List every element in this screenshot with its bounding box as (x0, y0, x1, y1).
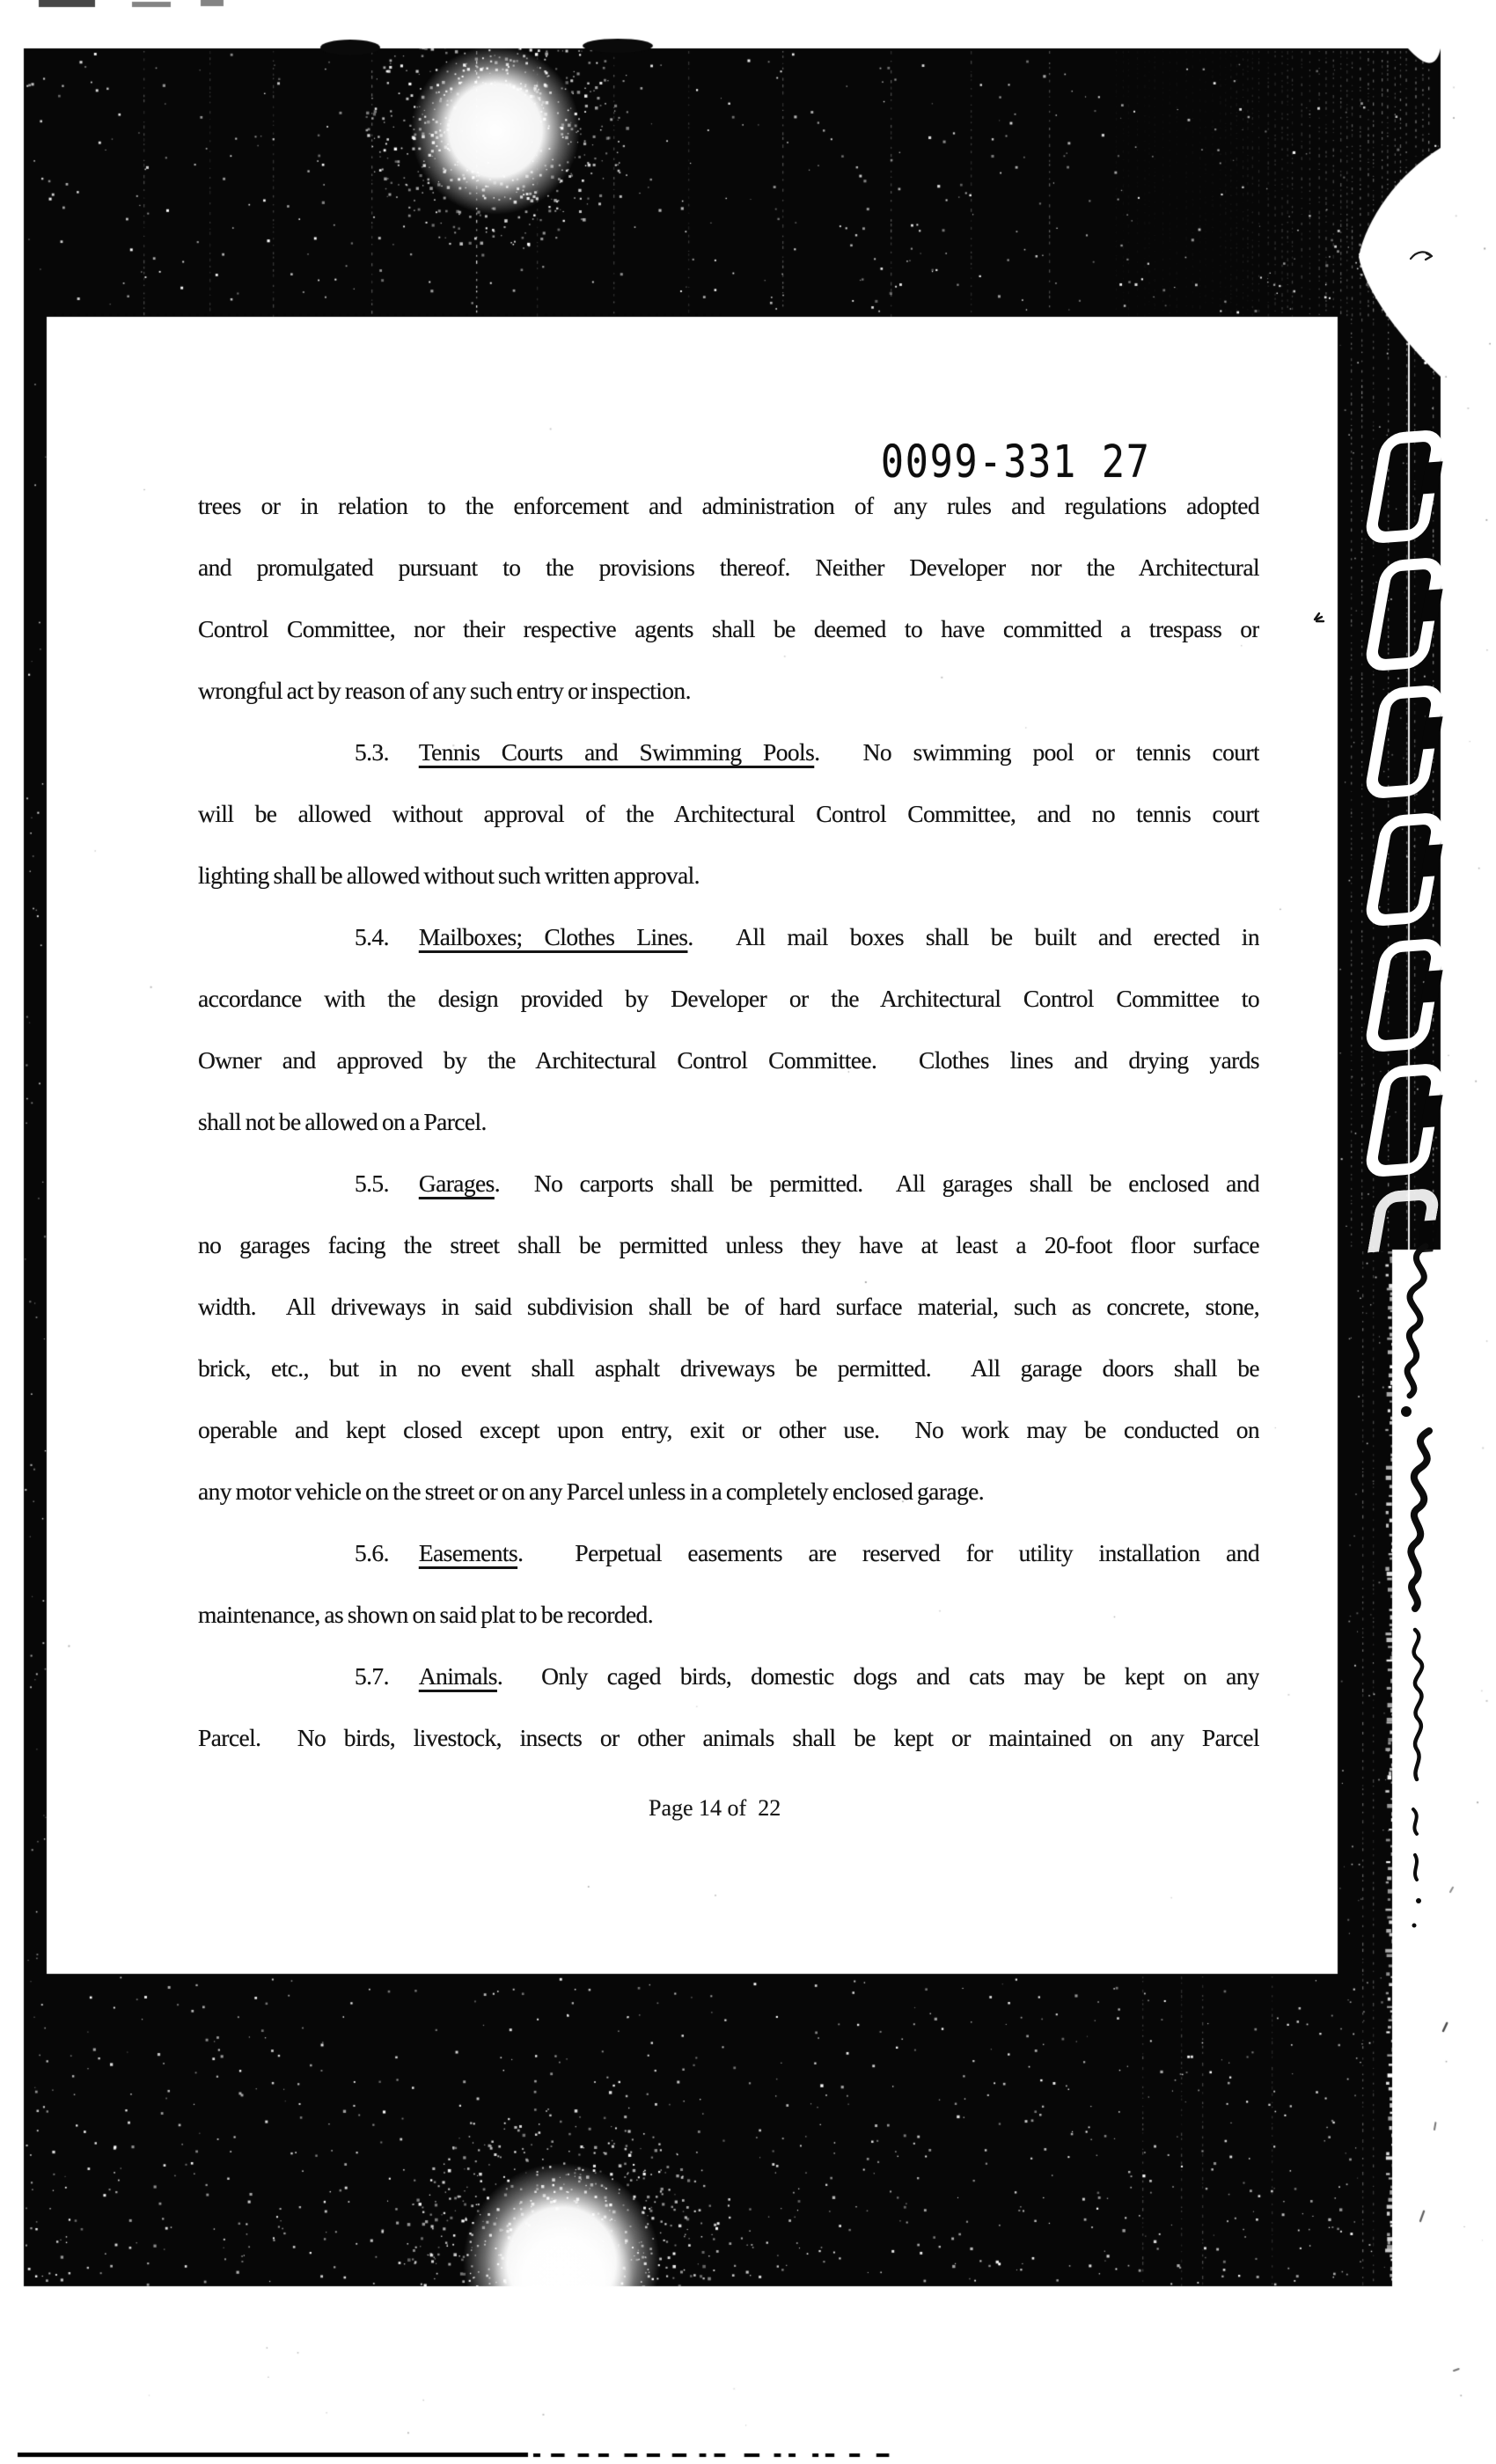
body-line: no garages facing the street shall be pe… (198, 1214, 1259, 1276)
film-edge-punch-mark (1363, 429, 1446, 544)
body-line: Parcel. No birds, livestock, insects or … (198, 1707, 1259, 1769)
section-text: . No carports shall be permitted. All ga… (495, 1170, 1259, 1197)
section-line: 5.5.Garages. No carports shall be permit… (198, 1153, 1259, 1214)
body-line: operable and kept closed except upon ent… (198, 1399, 1259, 1461)
section-number: 5.7. (355, 1662, 389, 1690)
section-line: 5.3.Tennis Courts and Swimming Pools. No… (198, 722, 1259, 783)
body-line: maintenance, as shown on said plat to be… (198, 1584, 1259, 1646)
film-edge-punch-mark (1363, 937, 1446, 1052)
section-line: 5.4.Mailboxes; Clothes Lines. All mail b… (198, 906, 1259, 968)
section-heading: Mailboxes; Clothes Lines (419, 923, 688, 950)
film-edge-punch-mark (1363, 684, 1446, 799)
section-number: 5.6. (355, 1539, 389, 1566)
section-line: 5.7.Animals. Only caged birds, domestic … (198, 1646, 1259, 1707)
section-heading: Garages (419, 1170, 495, 1197)
section-number: 5.4. (355, 923, 389, 950)
section-number: 5.5. (355, 1170, 389, 1197)
section-line: 5.6.Easements. Perpetual easements are r… (198, 1522, 1259, 1584)
film-edge-punch-mark (1363, 556, 1446, 671)
body-line: lighting shall be allowed without such w… (198, 845, 1259, 906)
section-heading: Easements (419, 1539, 517, 1566)
handwriting-marginalia (1387, 1239, 1475, 1943)
document-page: 0099-331 27 trees or in relation to the … (47, 315, 1338, 1974)
film-edge-punch-mark (1363, 1062, 1446, 1177)
body-line: Owner and approved by the Architectural … (198, 1030, 1259, 1091)
section-text: . All mail boxes shall be built and erec… (687, 923, 1259, 950)
body-line: will be allowed without approval of the … (198, 783, 1259, 845)
film-edge-punch-mark (1363, 811, 1446, 927)
body-line: trees or in relation to the enforcement … (198, 475, 1259, 537)
body-line: and promulgated pursuant to the provisio… (198, 537, 1259, 598)
film-edge-strip (1338, 317, 1441, 1250)
section-heading: Tennis Courts and Swimming Pools (419, 738, 814, 766)
body-line: brick, etc., but in no event shall aspha… (198, 1338, 1259, 1399)
body-line: Control Committee, nor their respective … (198, 598, 1259, 660)
section-text: . No swimming pool or tennis court (814, 738, 1259, 766)
section-number: 5.3. (355, 738, 389, 766)
section-text: . Perpetual easements are reserved for u… (517, 1539, 1259, 1566)
body-line: any motor vehicle on the street or on an… (198, 1461, 1259, 1522)
body-line: width. All driveways in said subdivision… (198, 1276, 1259, 1338)
body-line: accordance with the design provided by D… (198, 968, 1259, 1030)
page-number-label: Page 14 of 22 (649, 1795, 781, 1822)
body-line: shall not be allowed on a Parcel. (198, 1091, 1259, 1153)
section-heading: Animals (419, 1662, 497, 1690)
scanned-document-screenshot: { "page": { "stamp_number": "0099-331 27… (0, 0, 1496, 2464)
document-body-text: trees or in relation to the enforcement … (198, 475, 1259, 1769)
body-line: wrongful act by reason of any such entry… (198, 660, 1259, 722)
margin-squiggle-mark (1408, 246, 1438, 266)
section-text: . Only caged birds, domestic dogs and ca… (497, 1662, 1259, 1690)
margin-dot-mark (1311, 609, 1327, 625)
